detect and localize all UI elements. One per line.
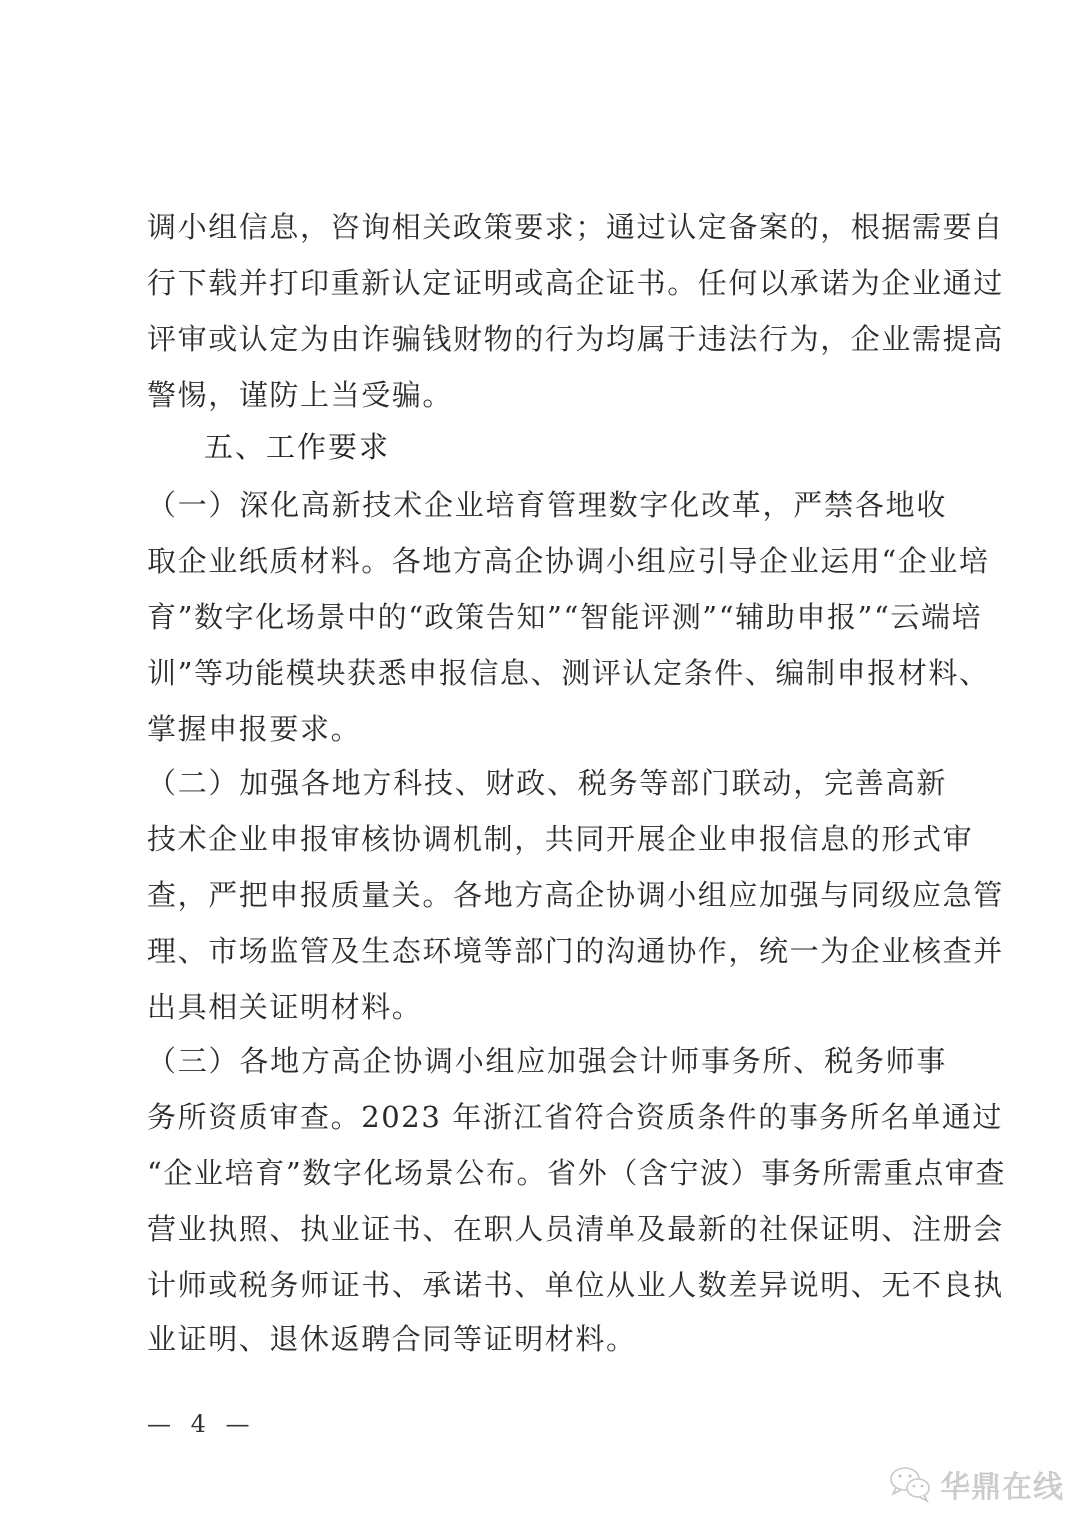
watermark-text: 华鼎在线	[940, 1462, 1064, 1506]
page-number: — 4 —	[147, 1409, 256, 1439]
item-3-line: 营业执照、执业证书、在职人员清单及最新的社保证明、注册会	[147, 1209, 947, 1249]
item-1-line: （一）深化高新技术企业培育管理数字化改革，严禁各地收	[147, 485, 947, 525]
item-3-line: 计师或税务师证书、承诺书、单位从业人数差异说明、无不良执	[147, 1265, 947, 1305]
paragraph-line: 警惕，谨防上当受骗。	[147, 375, 947, 415]
item-2-line: 查，严把申报质量关。各地方高企协调小组应加强与同级应急管	[147, 875, 947, 915]
item-3-line: 务所资质审查。2023 年浙江省符合资质条件的事务所名单通过	[147, 1097, 947, 1137]
watermark: 华鼎在线	[888, 1462, 1064, 1506]
item-2-line: 出具相关证明材料。	[147, 987, 947, 1027]
item-2-line: （二）加强各地方科技、财政、税务等部门联动，完善高新	[147, 763, 947, 803]
document-page: 调小组信息，咨询相关政策要求；通过认定备案的，根据需要自 行下载并打印重新认定证…	[0, 0, 1080, 1528]
item-3-line: 业证明、退休返聘合同等证明材料。	[147, 1319, 947, 1359]
item-2-line: 理、市场监管及生态环境等部门的沟通协作，统一为企业核查并	[147, 931, 947, 971]
item-3-line: “企业培育”数字化场景公布。省外（含宁波）事务所需重点审查	[147, 1153, 947, 1193]
item-1-line: 取企业纸质材料。各地方高企协调小组应引导企业运用“企业培	[147, 541, 947, 581]
paragraph-line: 行下载并打印重新认定证明或高企证书。任何以承诺为企业通过	[147, 263, 947, 303]
item-2-line: 技术企业申报审核协调机制，共同开展企业申报信息的形式审	[147, 819, 947, 859]
wechat-icon	[888, 1464, 934, 1504]
item-1-line: 训”等功能模块获悉申报信息、测评认定条件、编制申报材料、	[147, 653, 947, 693]
item-1-line: 育”数字化场景中的“政策告知”“智能评测”“辅助申报”“云端培	[147, 597, 947, 637]
item-1-line: 掌握申报要求。	[147, 709, 947, 749]
section-heading: 五、工作要求	[204, 427, 390, 467]
item-3-line: （三）各地方高企协调小组应加强会计师事务所、税务师事	[147, 1041, 947, 1081]
paragraph-line: 调小组信息，咨询相关政策要求；通过认定备案的，根据需要自	[147, 207, 947, 247]
paragraph-line: 评审或认定为由诈骗钱财物的行为均属于违法行为，企业需提高	[147, 319, 947, 359]
